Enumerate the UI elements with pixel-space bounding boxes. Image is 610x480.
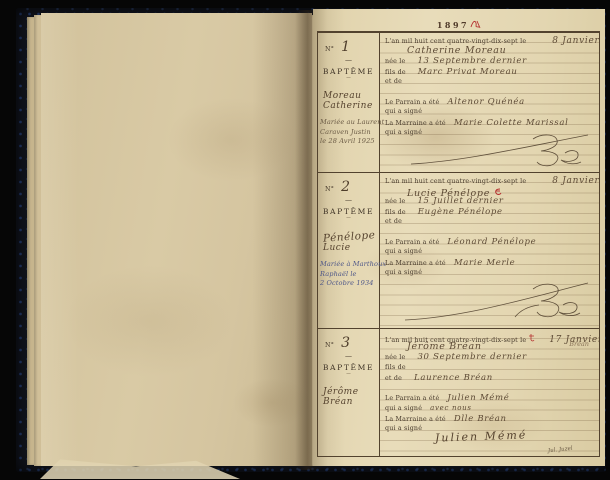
entry-number-value: 1 (341, 39, 351, 55)
act-godmother-line: La Marraine a été Dlle Bréan (385, 414, 595, 424)
act-father-line: fils de (385, 363, 595, 373)
entry-2-margin-column: N°2 — BAPTÊME — Pénélope Lucie Mariée à … (318, 173, 380, 328)
baptism-label: BAPTÊME (318, 67, 379, 76)
baptism-entry-2: N°2 — BAPTÊME — Pénélope Lucie Mariée à … (318, 173, 599, 329)
priest-signature-small: Jul. Juzel (548, 446, 573, 455)
mother-label: et de (385, 374, 402, 384)
birth-date-handwritten: 13 Septembre dernier (417, 56, 526, 66)
margin-surname: Moreau (318, 91, 379, 101)
baptism-label: BAPTÊME (318, 207, 379, 216)
act-signed-line: qui a signé (385, 247, 595, 257)
margin-divider-small: — (318, 76, 379, 84)
signed-label: qui a signé (385, 404, 422, 414)
act-godfather-line: Le Parrain a été Julien Mémé (385, 393, 595, 403)
signed-label: qui a signé (385, 247, 422, 257)
baptism-date-handwritten: 8 Janvier (552, 176, 599, 186)
entry-number-value: 2 (341, 179, 351, 195)
birth-date-handwritten: 30 Septembre dernier (417, 352, 526, 362)
act-godfather-line: Le Parrain a été Altenor Quénéa (385, 97, 595, 107)
signed-label: qui a signé (385, 107, 422, 117)
mother-label: et de (385, 217, 402, 227)
act-mother-line: et de (385, 77, 595, 87)
godfather-name-handwritten: Léonard Pénélope (447, 237, 536, 247)
entry-1-act-text: L'an mil huit cent quatre-vingt-dix-sept… (380, 33, 599, 172)
act-signed-line: qui a signé (385, 107, 595, 117)
priest-signature-flourish (395, 277, 595, 327)
act-father-line: fils de Marc Privat Moreau (385, 67, 595, 77)
godfather-name-handwritten: Altenor Quénéa (447, 97, 525, 107)
baptism-register-table: N°1 — BAPTÊME — Moreau Catherine Mariée … (317, 31, 600, 457)
entry-number: N°3 (318, 335, 379, 351)
margin-divider: — (318, 195, 379, 206)
entry-number-value: 3 (341, 335, 351, 351)
act-signed-line: qui a signé avec nous (385, 403, 595, 413)
father-name-handwritten: Marc Privat Moreau (418, 67, 518, 77)
mother-label: et de (385, 77, 402, 87)
godmother-name-handwritten: Marie Merle (454, 258, 516, 268)
photo-of-register: 1897 N°1 — BAPTÊME — Moreau Catherine Ma… (0, 0, 610, 480)
act-born-line: née le 15 Juillet dernier (385, 196, 595, 206)
red-check-mark (528, 332, 535, 342)
act-godfather-line: Le Parrain a été Léonard Pénélope (385, 237, 595, 247)
right-register-page: 1897 N°1 — BAPTÊME — Moreau Catherine Ma… (313, 9, 605, 466)
baptism-entry-1: N°1 — BAPTÊME — Moreau Catherine Mariée … (318, 33, 599, 173)
margin-firstname: Catherine (318, 101, 379, 111)
signed-label: qui a signé (385, 424, 422, 434)
entry-1-margin-column: N°1 — BAPTÊME — Moreau Catherine Mariée … (318, 33, 380, 172)
margin-annotation: Mariée au Laurent (318, 118, 379, 128)
act-opening-line: L'an mil huit cent quatre-vingt-dix-sept… (385, 176, 595, 186)
priest-signature-flourish (405, 131, 595, 171)
margin-firstname: Bréan (318, 397, 379, 407)
number-label: N° (325, 46, 334, 53)
act-mother-line: et de Laurence Bréan (385, 373, 595, 383)
margin-divider-small: — (318, 216, 379, 224)
year-header-row: 1897 (313, 13, 605, 33)
margin-annotation-blue: 2 Octobre 1934 (318, 279, 379, 289)
born-label: née le (385, 197, 405, 207)
baptized-name-handwritten: Catherine Moreau (407, 46, 506, 56)
act-born-line: née le 30 Septembre dernier (385, 352, 595, 362)
entry-3-margin-column: N°3 — BAPTÊME — Jérôme Bréan (318, 329, 380, 456)
birth-date-handwritten: 15 Juillet dernier (417, 196, 503, 206)
act-godmother-line: La Marraine a été Marie Merle (385, 258, 595, 268)
margin-divider: — (318, 55, 379, 66)
act-godmother-line: La Marraine a été Marie Colette Marissal (385, 118, 595, 128)
baptism-entry-3: N°3 — BAPTÊME — Jérôme Bréan L'an mil hu… (318, 329, 599, 456)
margin-annotation-blue: Raphaël le (318, 270, 379, 280)
marginal-surname-note: Bréan (569, 340, 589, 348)
godmother-name-handwritten: Dlle Bréan (454, 414, 507, 424)
act-mother-line: et de (385, 217, 595, 227)
entry-3-act-text: L'an mil huit cent quatre-vingt-dix-sept… (380, 329, 599, 456)
left-blank-page (41, 13, 312, 466)
red-check-mark (494, 186, 502, 196)
year-header: 1897 (437, 20, 469, 30)
entry-number: N°1 (318, 39, 379, 55)
margin-surname: Jérôme (318, 387, 379, 397)
father-label: fils de (385, 363, 406, 373)
margin-annotation: le 28 Avril 1925 (318, 137, 379, 147)
born-label: née le (385, 57, 405, 67)
margin-annotation: Caraven Justin (318, 128, 379, 138)
margin-annotation-blue: Mariée à Marthoux (318, 260, 379, 270)
margin-divider: — (318, 351, 379, 362)
opening-printed-text: L'an mil huit cent quatre-vingt-dix-sept… (385, 177, 526, 187)
number-label: N° (325, 186, 334, 193)
father-name-handwritten: Eugène Pénélope (418, 207, 503, 217)
act-father-line: fils de Eugène Pénélope (385, 207, 595, 217)
entry-2-act-text: L'an mil huit cent quatre-vingt-dix-sept… (380, 173, 599, 328)
signed-note-handwritten: avec nous (430, 403, 472, 413)
act-name-line: Catherine Moreau (385, 46, 595, 56)
godfather-name-handwritten: Julien Mémé (447, 393, 509, 403)
mother-name-handwritten: Laurence Bréan (414, 373, 493, 383)
godmother-name-handwritten: Marie Colette Marissal (454, 118, 569, 128)
act-born-line: née le 13 Septembre dernier (385, 56, 595, 66)
baptism-date-handwritten: 8 Janvier (552, 36, 599, 46)
number-label: N° (325, 342, 334, 349)
baptized-name-handwritten: Jérôme Bréan (407, 342, 482, 352)
act-name-line: Lucie Pénélope (385, 186, 595, 196)
godfather-signature-text: Julien Mémé (435, 428, 528, 444)
entry-number: N°2 (318, 179, 379, 195)
baptism-label: BAPTÊME (318, 363, 379, 372)
margin-divider-small: — (318, 372, 379, 380)
